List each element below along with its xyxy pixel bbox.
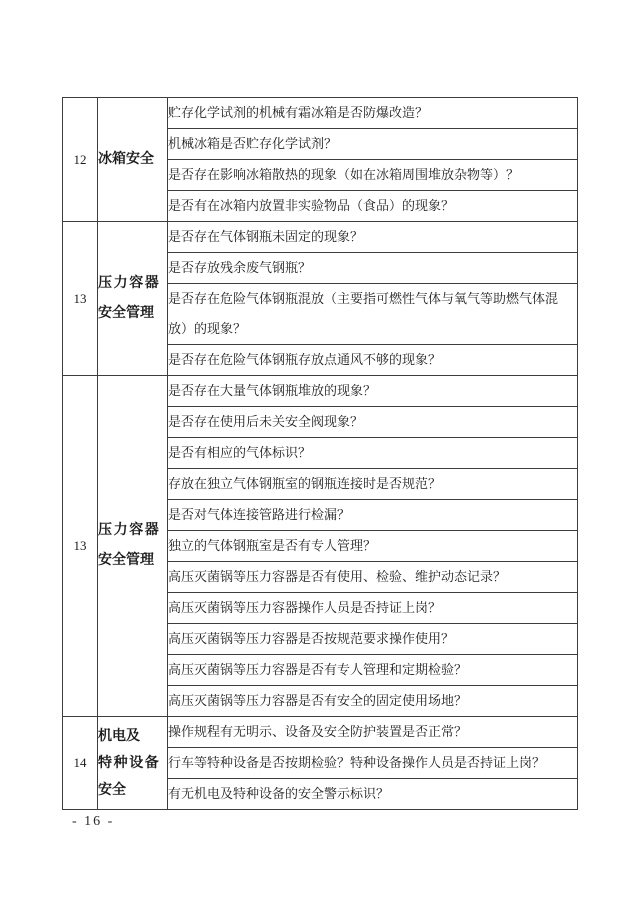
inspection-table: 12 冰箱安全 贮存化学试剂的机械有霜冰箱是否防爆改造？ 机械冰箱是否贮存化学试… <box>62 97 578 810</box>
category-cell: 冰箱安全 <box>98 98 168 222</box>
checklist-item-cell: 有无机电及特种设备的安全警示标识？ <box>168 779 578 810</box>
checklist-item-cell: 机械冰箱是否贮存化学试剂？ <box>168 129 578 160</box>
checklist-item-cell: 是否有在冰箱内放置非实验物品（食品）的现象？ <box>168 191 578 222</box>
checklist-item-cell: 是否存在大量气体钢瓶堆放的现象？ <box>168 376 578 407</box>
checklist-item-cell: 操作规程有无明示、设备及安全防护装置是否正常？ <box>168 717 578 748</box>
checklist-item-cell: 高压灭菌锅等压力容器是否有使用、检验、维护动态记录？ <box>168 562 578 593</box>
checklist-item-cell: 是否存放残余废气钢瓶？ <box>168 253 578 284</box>
category-line: 特种设备 <box>98 750 167 777</box>
checklist-item-cell: 是否对气体连接管路进行检漏？ <box>168 500 578 531</box>
category-cell: 机电及 特种设备 安全 <box>98 717 168 810</box>
category-line: 机电及 <box>98 723 167 750</box>
row-number-cell: 13 <box>63 376 98 717</box>
category-line: 安全管理 <box>98 299 167 329</box>
checklist-item-cell: 贮存化学试剂的机械有霜冰箱是否防爆改造？ <box>168 98 578 129</box>
category-line: 压力容器 <box>98 269 167 299</box>
category-line: 安全 <box>98 777 167 804</box>
page-number: - 16 - <box>72 814 114 830</box>
table-row: 13 压力容器 安全管理 是否存在大量气体钢瓶堆放的现象？ <box>63 376 578 407</box>
checklist-item-cell: 是否有相应的气体标识？ <box>168 438 578 469</box>
category-line: 压力容器 <box>98 516 167 546</box>
checklist-item-cell: 存放在独立气体钢瓶室的钢瓶连接时是否规范？ <box>168 469 578 500</box>
checklist-item-cell: 独立的气体钢瓶室是否有专人管理？ <box>168 531 578 562</box>
checklist-item-cell: 高压灭菌锅等压力容器是否按规范要求操作使用？ <box>168 624 578 655</box>
category-cell: 压力容器 安全管理 <box>98 376 168 717</box>
table-row: 12 冰箱安全 贮存化学试剂的机械有霜冰箱是否防爆改造？ <box>63 98 578 129</box>
checklist-item-cell: 是否存在危险气体钢瓶混放（主要指可燃性气体与氧气等助燃气体混放）的现象？ <box>168 284 578 345</box>
category-line: 冰箱安全 <box>98 145 167 175</box>
table-row: 13 压力容器 安全管理 是否存在气体钢瓶未固定的现象？ <box>63 222 578 253</box>
inspection-table-wrapper: 12 冰箱安全 贮存化学试剂的机械有霜冰箱是否防爆改造？ 机械冰箱是否贮存化学试… <box>62 97 578 810</box>
category-line: 安全管理 <box>98 546 167 576</box>
row-number-cell: 13 <box>63 222 98 376</box>
checklist-item-cell: 高压灭菌锅等压力容器是否有安全的固定使用场地？ <box>168 686 578 717</box>
checklist-item-cell: 行车等特种设备是否按期检验？特种设备操作人员是否持证上岗？ <box>168 748 578 779</box>
row-number-cell: 12 <box>63 98 98 222</box>
checklist-item-cell: 高压灭菌锅等压力容器是否有专人管理和定期检验？ <box>168 655 578 686</box>
category-cell: 压力容器 安全管理 <box>98 222 168 376</box>
row-number-cell: 14 <box>63 717 98 810</box>
table-row: 14 机电及 特种设备 安全 操作规程有无明示、设备及安全防护装置是否正常？ <box>63 717 578 748</box>
checklist-item-cell: 是否存在气体钢瓶未固定的现象？ <box>168 222 578 253</box>
checklist-item-cell: 是否存在使用后未关安全阀现象？ <box>168 407 578 438</box>
checklist-item-cell: 高压灭菌锅等压力容器操作人员是否持证上岗？ <box>168 593 578 624</box>
checklist-item-cell: 是否存在危险气体钢瓶存放点通风不够的现象？ <box>168 345 578 376</box>
document-page: { "page": { "number_label": "- 16 -" }, … <box>0 0 638 902</box>
checklist-item-cell: 是否存在影响冰箱散热的现象（如在冰箱周围堆放杂物等）？ <box>168 160 578 191</box>
